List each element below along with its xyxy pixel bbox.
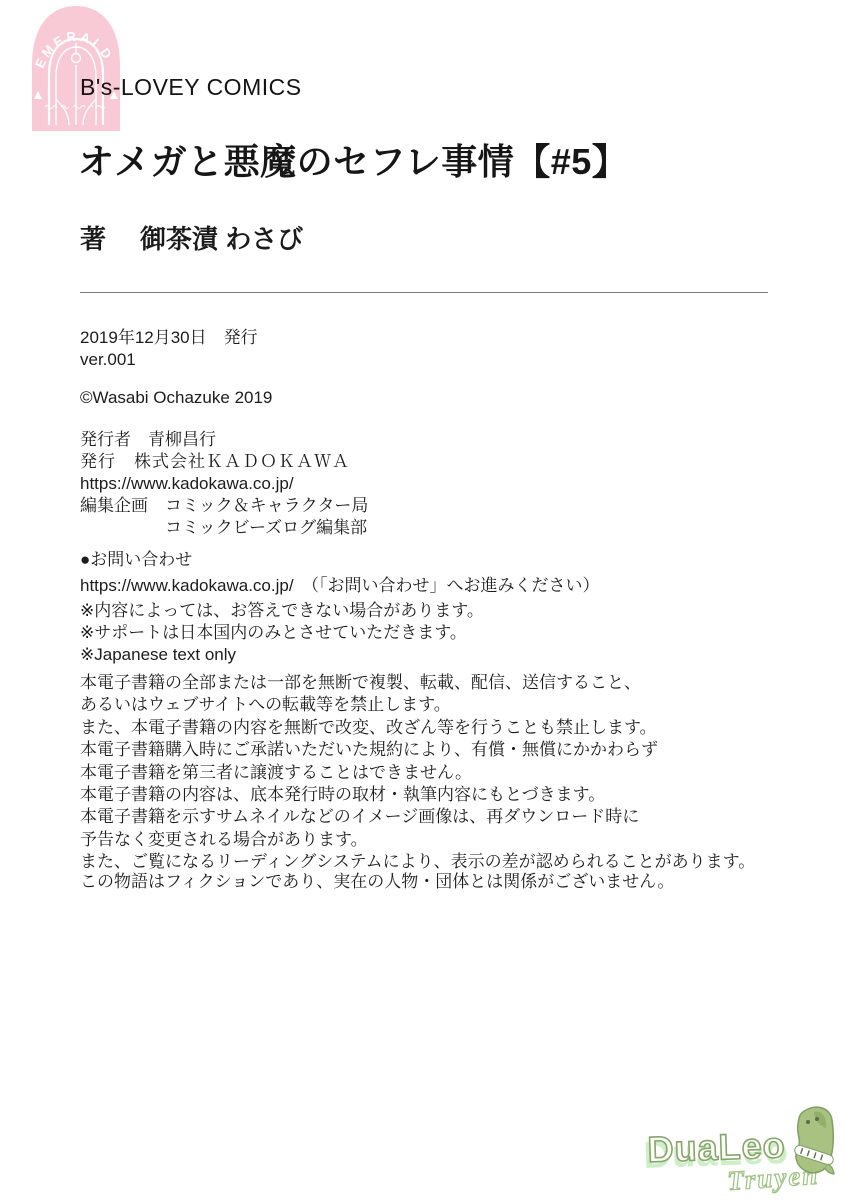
publisher-url: https://www.kadokawa.co.jp/ — [80, 473, 368, 495]
publisher-line: 編集企画 コミック＆キャラクター局 — [80, 495, 368, 517]
legal-line: 本電子書籍の内容は、底本発行時の取材・執筆内容にもとづきます。 — [80, 784, 755, 806]
scanlation-group-logo: EMERALD — [29, 3, 123, 131]
contact-block: ●お問い合わせ https://www.kadokawa.co.jp/ （「お問… — [80, 549, 600, 666]
legal-line: 予告なく変更される場合があります。 — [80, 829, 755, 851]
legal-line: また、本電子書籍の内容を無断で改変、改ざん等を行うことも禁止します。 — [80, 717, 755, 739]
version-label: ver.001 — [80, 349, 258, 371]
divider-rule — [80, 292, 768, 293]
legal-line: 本電子書籍を示すサムネイルなどのイメージ画像は、再ダウンロード時に — [80, 806, 755, 828]
imprint-label: B's-LOVEY COMICS — [80, 74, 302, 101]
contact-heading: ●お問い合わせ — [80, 549, 600, 571]
fiction-disclaimer: この物語はフィクションであり、実在の人物・団体とは関係がございません。 — [80, 871, 674, 893]
scanlation-team-logo: DuaLeo DuaLeo Truyen — [636, 1100, 846, 1196]
publisher-line: コミックビーズログ編集部 — [80, 517, 368, 539]
publisher-line: 発行者 青柳昌行 — [80, 429, 368, 451]
author-line: 著御茶漬 わさび — [80, 219, 303, 256]
legal-line: 本電子書籍購入時にご承諾いただいた規約により、有償・無償にかかわらず — [80, 739, 755, 761]
legal-block: 本電子書籍の全部または一部を無断で複製、転載、配信、送信すること、 あるいはウェ… — [80, 672, 755, 874]
contact-url: https://www.kadokawa.co.jp/ （「お問い合わせ」へお進… — [80, 575, 600, 597]
copyright-line: ©Wasabi Ochazuke 2019 — [80, 387, 272, 409]
arch-window-icon: EMERALD — [29, 3, 123, 131]
publisher-line: 発行 株式会社ＫＡＤＯＫＡＷＡ — [80, 451, 368, 473]
edition-block: 2019年12月30日 発行 ver.001 — [80, 327, 258, 371]
contact-note: ※内容によっては、お答えできない場合があります。 — [80, 600, 600, 622]
publisher-block: 発行者 青柳昌行 発行 株式会社ＫＡＤＯＫＡＷＡ https://www.kad… — [80, 429, 368, 539]
dualeo-logo-icon: DuaLeo DuaLeo Truyen — [636, 1100, 846, 1196]
legal-line: 本電子書籍の全部または一部を無断で複製、転載、配信、送信すること、 — [80, 672, 755, 694]
legal-line: あるいはウェブサイトへの転載等を禁止します。 — [80, 694, 755, 716]
book-title: オメガと悪魔のセフレ事情【#5】 — [78, 134, 628, 185]
contact-note: ※サポートは日本国内のみとさせていただきます。 — [80, 622, 600, 644]
author-name: 御茶漬 わさび — [140, 224, 303, 254]
legal-line: 本電子書籍を第三者に譲渡することはできません。 — [80, 762, 755, 784]
colophon-page: EMERALD B's-LOVEY COMICS オメガと悪魔のセフレ事情【#5… — [0, 0, 846, 1200]
contact-note: ※Japanese text only — [80, 644, 600, 666]
publication-date: 2019年12月30日 発行 — [80, 327, 258, 349]
dualeo-mascot-icon — [793, 1107, 834, 1174]
author-label: 著 — [80, 224, 106, 254]
